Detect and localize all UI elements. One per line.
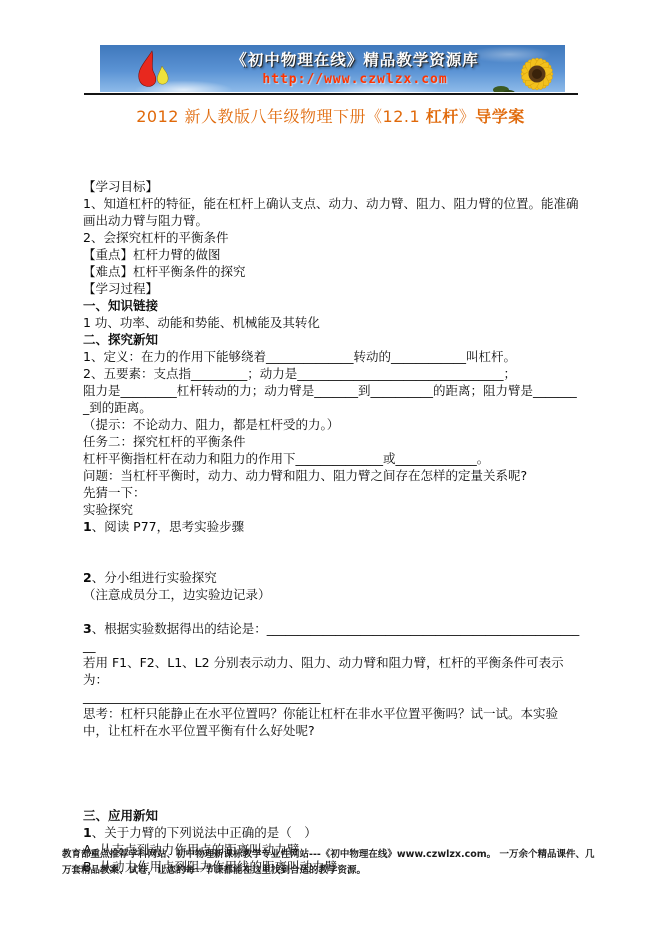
doc-line: 1、关于力臂的下列说法中正确的是（ ） xyxy=(83,824,581,841)
doc-line: 实验探究 xyxy=(83,501,581,518)
doc-line: ______________________________________ xyxy=(83,688,581,705)
page-title: 2012 新人教版八年级物理下册《12.1 杠杆》导学案 xyxy=(0,104,661,127)
doc-line: 先猜一下： xyxy=(83,484,581,501)
title-part-3: 》 xyxy=(459,107,476,126)
doc-line: 思考：杠杆只能静止在水平位置吗？你能让杠杆在非水平位置平衡吗？试一试。本实验中，… xyxy=(83,705,581,739)
doc-line: 2、会探究杠杆的平衡条件 xyxy=(83,229,581,246)
header-divider xyxy=(84,93,578,95)
banner-text-block: 《初中物理在线》精品教学资源库 http://www.czwlzx.com xyxy=(205,48,505,87)
site-banner[interactable]: 《初中物理在线》精品教学资源库 http://www.czwlzx.com xyxy=(100,45,565,92)
doc-line: 阻力是_________杠杆转动的力；动力臂是_______到_________… xyxy=(83,382,581,416)
sunflower-icon xyxy=(493,46,565,92)
title-part-2: 杠杆 xyxy=(426,107,459,126)
doc-line: 3、根据实验数据得出的结论是：_________________________… xyxy=(83,620,581,654)
doc-line: 1 功、功率、动能和势能、机械能及其转化 xyxy=(83,314,581,331)
banner-site-title: 《初中物理在线》精品教学资源库 xyxy=(205,48,505,70)
doc-line: 问题：当杠杆平衡时，动力、动力臂和阻力、阻力臂之间存在怎样的定量关系呢? xyxy=(83,467,581,484)
doc-line: 若用 F1、F2、L1、L2 分别表示动力、阻力、动力臂和阻力臂，杠杆的平衡条件… xyxy=(83,654,581,688)
doc-line: 杠杆平衡指杠杆在动力和阻力的作用下______________或________… xyxy=(83,450,581,467)
doc-line: 2、五要素：支点指_________；动力是__________________… xyxy=(83,365,581,382)
doc-line: 三、应用新知 xyxy=(83,807,581,824)
site-logo-icon xyxy=(132,50,174,90)
doc-line-number: 1 xyxy=(83,519,92,534)
footer-note: 教育部重点推荐学科网站、初中物理新课标教学专业性网站---《初中物理在线》www… xyxy=(62,847,599,879)
doc-line-number: 1 xyxy=(83,825,92,840)
doc-line: （注意成员分工，边实验边记录） xyxy=(83,586,581,603)
doc-line: 【难点】杠杆平衡条件的探究 xyxy=(83,263,581,280)
doc-line: 任务二：探究杠杆的平衡条件 xyxy=(83,433,581,450)
doc-line-number: 3 xyxy=(83,621,92,636)
title-part-1: 2012 新人教版八年级物理下册《12.1 xyxy=(136,107,426,126)
doc-line: 二、探究新知 xyxy=(83,331,581,348)
doc-line: 1、知道杠杆的特征，能在杠杆上确认支点、动力、动力臂、阻力、阻力臂的位置。能准确… xyxy=(83,195,581,229)
banner-site-url-link[interactable]: http://www.czwlzx.com xyxy=(205,72,505,87)
title-part-4: 导学案 xyxy=(475,107,525,126)
doc-line-number: 2 xyxy=(83,570,92,585)
document-page: 《初中物理在线》精品教学资源库 http://www.czwlzx.com xyxy=(0,0,661,936)
doc-line: （提示：不论动力、阻力，都是杠杆受的力。） xyxy=(83,416,581,433)
doc-line: 1、定义：在力的作用下能够绕着______________转动的________… xyxy=(83,348,581,365)
doc-line: 一、知识链接 xyxy=(83,297,581,314)
document-body: 【学习目标】1、知道杠杆的特征，能在杠杆上确认支点、动力、动力臂、阻力、阻力臂的… xyxy=(83,178,581,875)
doc-line: 【学习过程】 xyxy=(83,280,581,297)
doc-line: 2、分小组进行实验探究 xyxy=(83,569,581,586)
doc-line: 1、阅读 P77，思考实验步骤 xyxy=(83,518,581,535)
doc-line: 【重点】杠杆力臂的做图 xyxy=(83,246,581,263)
doc-line: 【学习目标】 xyxy=(83,178,581,195)
